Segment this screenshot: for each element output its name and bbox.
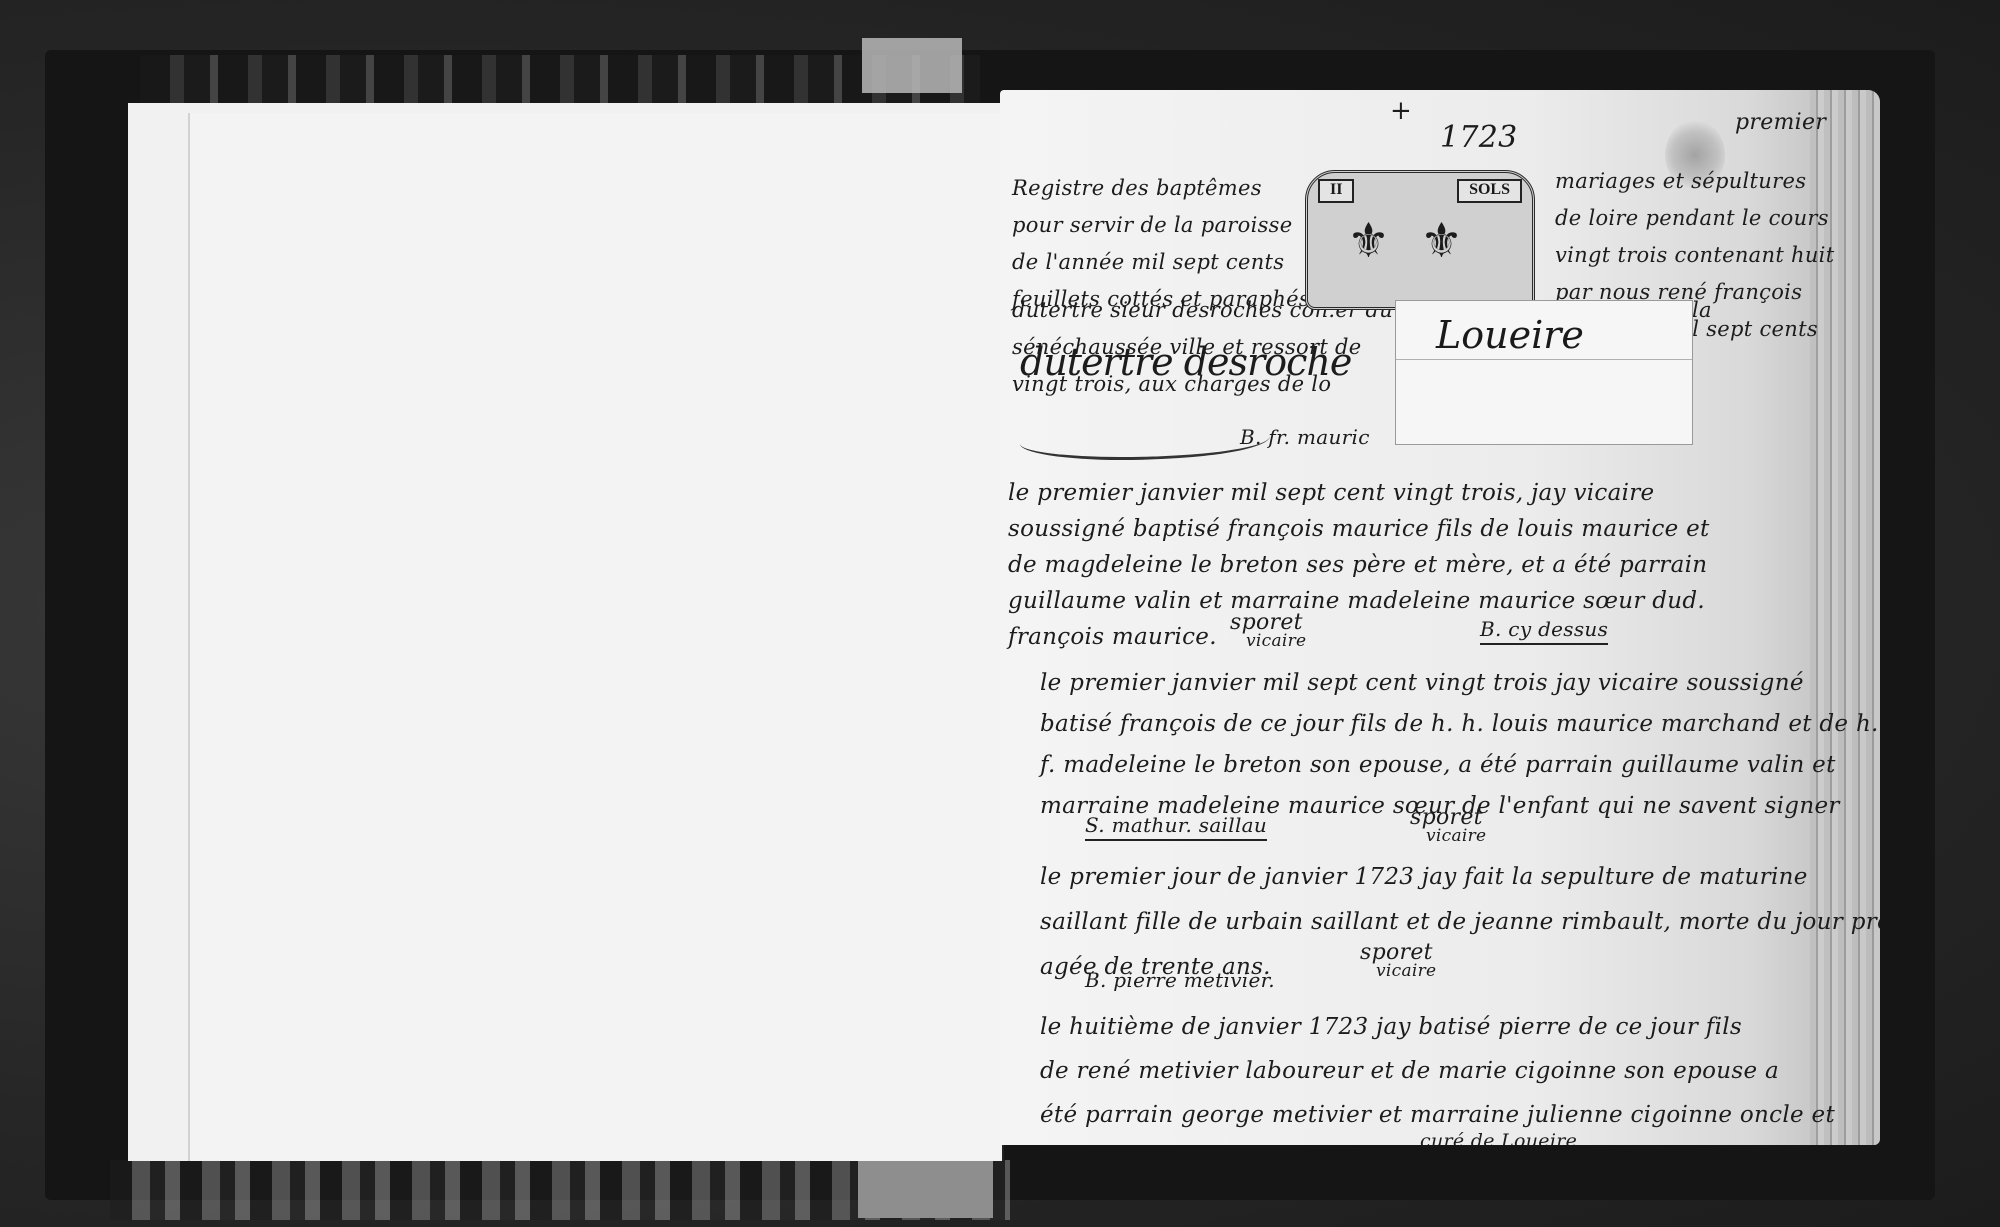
tax-stamp: II SOLS ⚜⚜ (1305, 170, 1535, 310)
pasted-paper-slip: Loueire (1395, 300, 1693, 445)
entry-line: batisé françois de ce jour fils de h. h.… (1040, 704, 1879, 745)
entry-line: de magdeleine le breton ses père et mère… (1008, 547, 1710, 583)
header-line: Registre des baptêmes (1012, 170, 1310, 207)
entry-line: le premier janvier mil sept cent vingt t… (1008, 475, 1710, 511)
stamp-right-label: SOLS (1457, 179, 1522, 203)
header-line: vingt trois contenant huit (1555, 237, 1834, 274)
header-line: pour servir de la paroisse (1012, 207, 1310, 244)
entry-2-margin-note: B. cy dessus (1480, 617, 1608, 645)
entry-line: guillaume valin et marraine madeleine ma… (1008, 583, 1710, 619)
stamp-left-label: II (1318, 179, 1354, 203)
entry-4-signature: curé de Loueire (1420, 1130, 1577, 1145)
entry-2-text: le premier janvier mil sept cent vingt t… (1040, 663, 1879, 827)
entry-line: saillant fille de urbain saillant et de … (1040, 900, 1880, 945)
entry-3-signature: sporet vicaire (1360, 940, 1436, 981)
entry-line: le premier jour de janvier 1723 jay fait… (1040, 855, 1880, 900)
entry-1-margin-note: B. fr. mauric (1240, 425, 1370, 449)
signature-title: vicaire (1246, 631, 1306, 651)
folio-note: premier (1735, 110, 1826, 135)
entry-4-margin-note: B. pierre metivier. (1085, 968, 1275, 992)
fleur-de-lis-icon: ⚜⚜ (1308, 213, 1532, 269)
signature-title: vicaire (1426, 826, 1486, 846)
entry-line: de rené metivier laboureur et de marie c… (1040, 1049, 1835, 1093)
slip-fold-line (1396, 359, 1692, 360)
official-signature: dutertre desroche (1020, 340, 1351, 384)
left-page-blank (128, 103, 1004, 1161)
header-line: mariages et sépultures (1555, 163, 1834, 200)
page-year: 1723 (1440, 120, 1518, 155)
header-line: de l'année mil sept cents (1012, 244, 1310, 281)
entry-3-margin-note: S. mathur. saillau (1085, 813, 1267, 841)
stamp-band: II SOLS (1318, 179, 1522, 203)
binding-tab-top (862, 38, 962, 93)
cross-mark: + (1390, 96, 1412, 126)
entry-line: le premier janvier mil sept cent vingt t… (1040, 663, 1879, 704)
entry-1-signature: sporet vicaire (1230, 610, 1306, 651)
paraph-flourish (1020, 420, 1270, 460)
entry-4-text: le huitième de janvier 1723 jay batisé p… (1040, 1005, 1835, 1145)
cover-wear-top (140, 55, 980, 105)
left-page-inner-leaf (188, 113, 1002, 1161)
entry-line: le huitième de janvier 1723 jay batisé p… (1040, 1005, 1835, 1049)
header-line: de loire pendant le cours (1555, 200, 1834, 237)
entry-line: f. madeleine le breton son epouse, a été… (1040, 745, 1879, 786)
entry-2-signature: sporet vicaire (1410, 805, 1486, 846)
right-page-register: + 1723 premier Registre des baptêmes pou… (1000, 90, 1880, 1145)
entry-line: soussigné baptisé françois maurice fils … (1008, 511, 1710, 547)
slip-parish-name: Loueire (1436, 313, 1584, 357)
signature-title: vicaire (1376, 961, 1436, 981)
